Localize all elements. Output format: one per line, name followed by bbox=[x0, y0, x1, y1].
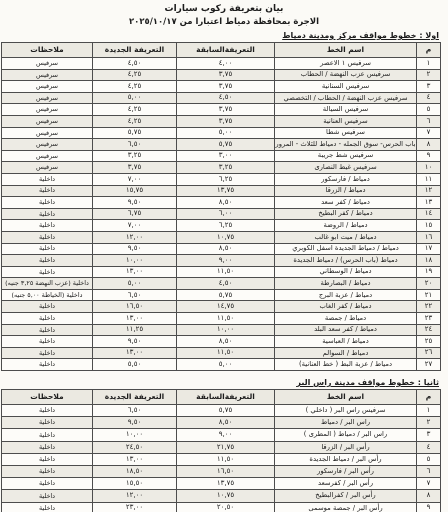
table-cell: ١٥,٥٠ bbox=[93, 478, 177, 490]
table-cell: داخلية bbox=[2, 441, 93, 453]
table-cell: ٥ bbox=[417, 104, 441, 116]
table-cell: ٥,٠٠ bbox=[177, 359, 275, 371]
table-cell: ١١,٢٥ bbox=[93, 324, 177, 336]
table-row: ٢٣دمياط / جمصة١١,٥٠١٣,٠٠داخلية bbox=[2, 313, 441, 325]
table-cell: ١٩ bbox=[417, 266, 441, 278]
table-row: ١٠سرفيس غيط النصارى٣,٢٥٣,٧٥سرفيس bbox=[2, 162, 441, 174]
table-cell: ١٨ bbox=[417, 255, 441, 267]
table-cell: ٥,٠٠ bbox=[93, 278, 177, 290]
table-cell: داخلية bbox=[2, 478, 93, 490]
table-cell: دمياط / الزرقا bbox=[275, 185, 417, 197]
table-cell: ٩ bbox=[417, 502, 441, 512]
table-cell: سرفيس bbox=[2, 150, 93, 162]
table-cell: ٢٠ bbox=[417, 278, 441, 290]
table-row: ٧سرفيس شطا٥,٠٠٥,٧٥سرفيس bbox=[2, 127, 441, 139]
table-cell: رأس البر / فارسكور bbox=[275, 465, 417, 477]
table-cell: ١٣,٠٠ bbox=[93, 453, 177, 465]
table-row: ٧رأس البر / كفرسعد١٣,٧٥١٥,٥٠داخلية bbox=[2, 478, 441, 490]
table-row: ٢٠دمياط / البصارطة٤,٥٠٥,٠٠داخلية (عزب ال… bbox=[2, 278, 441, 290]
table-cell: داخلية bbox=[2, 185, 93, 197]
table-cell: ١٤ bbox=[417, 208, 441, 220]
table-cell: داخلية bbox=[2, 220, 93, 232]
table-cell: داخلية bbox=[2, 336, 93, 348]
table-cell: ٣,٠٠ bbox=[177, 150, 275, 162]
table-cell: سرفيس العنانية bbox=[275, 115, 417, 127]
table-cell: ١ bbox=[417, 58, 441, 70]
table-cell: ٦ bbox=[417, 115, 441, 127]
table-cell: ٢ bbox=[417, 69, 441, 81]
table-cell: سرفيس عزب النهضة / الحطاب bbox=[275, 69, 417, 81]
header-cell: م bbox=[417, 390, 441, 405]
table-cell: ٣,٢٥ bbox=[177, 162, 275, 174]
table-cell: ٥,٧٥ bbox=[177, 289, 275, 301]
table-cell: ١٠,٠٠ bbox=[93, 255, 177, 267]
table-cell: داخلية (الخياطة ٥,٠٠ جنيه) bbox=[2, 289, 93, 301]
table-cell: دمياط / فارسكور bbox=[275, 173, 417, 185]
table-cell: داخلية bbox=[2, 490, 93, 502]
table-row: ٩سرفيس شط جريبة٣,٠٠٣,٢٥سرفيس bbox=[2, 150, 441, 162]
scanned-tariff-document: بيان بتعريفة ركوب سيارات الاجرة بمحافظة … bbox=[0, 0, 448, 512]
table-cell: سرفيس عزب النهضة / الحطاب / التخصصي bbox=[275, 92, 417, 104]
header-cell: اسم الخط bbox=[275, 43, 417, 58]
table-cell: ١٠,٧٥ bbox=[177, 490, 275, 502]
table-cell: ٥,٧٥ bbox=[93, 127, 177, 139]
table-cell: ٨,٥٠ bbox=[177, 243, 275, 255]
table-cell: سرفيس شطا bbox=[275, 127, 417, 139]
header-cell: م bbox=[417, 43, 441, 58]
table-cell: ٤,٢٥ bbox=[93, 115, 177, 127]
table-cell: ٦,٠٠ bbox=[177, 208, 275, 220]
table-cell: سرفيس bbox=[2, 115, 93, 127]
table-cell: ٧ bbox=[417, 478, 441, 490]
document-subtitle: الاجرة بمحافظة دمياط اعتبارا من ٢٠٢٥/١٠/… bbox=[0, 17, 448, 28]
table-cell: ٣,٢٥ bbox=[93, 150, 177, 162]
table-cell: ٢١ bbox=[417, 289, 441, 301]
table-cell: ٣,٧٥ bbox=[177, 81, 275, 93]
table-cell: ٩,٥٠ bbox=[93, 417, 177, 429]
table-cell: ٩,٥٠ bbox=[93, 243, 177, 255]
table-cell: دمياط (باب الحرس) / دمياط الجديدة bbox=[275, 255, 417, 267]
table-cell: سرفيس شط جريبة bbox=[275, 150, 417, 162]
table-row: ٥رأس البر / دمياط الجديدة١١,٥٠١٣,٠٠داخلي… bbox=[2, 453, 441, 465]
section-label-ras-elbar-lines: ثانيا : خطوط مواقف مدينة راس البر bbox=[9, 378, 439, 388]
table-cell: داخلية bbox=[2, 231, 93, 243]
table-cell: ٤,٢٥ bbox=[93, 104, 177, 116]
table-cell: ١٨,٥٠ bbox=[93, 465, 177, 477]
table-cell: ٢ bbox=[417, 417, 441, 429]
table-cell: ٧,٠٠ bbox=[93, 173, 177, 185]
table-cell: ٨,٥٠ bbox=[177, 417, 275, 429]
table-row: ٣راس البر / دمياط ( المطرى )٩,٠٠١٠,٠٠داخ… bbox=[2, 429, 441, 441]
table-cell: دمياط / دمياط الجديدة اسفل الكوبري bbox=[275, 243, 417, 255]
table-cell: ٣,٧٥ bbox=[177, 104, 275, 116]
table-cell: سرفيس ١ الاعصر bbox=[275, 58, 417, 70]
table-row: ٢٧دمياط / عزبة البط ( خط العنانية)٥,٠٠٥,… bbox=[2, 359, 441, 371]
table-cell: ٨,٥٠ bbox=[177, 336, 275, 348]
table-cell: ٤ bbox=[417, 92, 441, 104]
table-cell: ٤,٥٠ bbox=[93, 58, 177, 70]
table-cell: داخلية bbox=[2, 266, 93, 278]
table-cell: ٩,٠٠ bbox=[177, 429, 275, 441]
table-cell: داخلية bbox=[2, 347, 93, 359]
table-header: ماسم الخطالتعريفةالسابقةالتعريفة الجديدة… bbox=[2, 43, 441, 58]
table-row: ٤سرفيس عزب النهضة / الحطاب / التخصصي٤,٥٠… bbox=[2, 92, 441, 104]
table-cell: دمياط / كفر البطيخ bbox=[275, 208, 417, 220]
table-cell: ٦,٢٥ bbox=[177, 220, 275, 232]
table-cell: ١١ bbox=[417, 173, 441, 185]
header-cell: ملاحظات bbox=[2, 43, 93, 58]
table-cell: ٤,٢٥ bbox=[93, 81, 177, 93]
table-cell: ٤ bbox=[417, 441, 441, 453]
table-cell: ٥,٥٠ bbox=[93, 359, 177, 371]
table-row: ١سرفيس ١ الاعصر٤,٠٠٤,٥٠سرفيس bbox=[2, 58, 441, 70]
table-cell: داخلية bbox=[2, 359, 93, 371]
table-cell: داخلية bbox=[2, 453, 93, 465]
table-cell: ٧ bbox=[417, 127, 441, 139]
table-row: ١سرفيس راس البر ( داخلي )٥,٧٥٦,٥٠داخلية bbox=[2, 405, 441, 417]
table-row: ٢٤دمياط / كفر سعد البلد١٠,٠٠١١,٢٥داخلية bbox=[2, 324, 441, 336]
document-title: بيان بتعريفة ركوب سيارات bbox=[0, 0, 448, 15]
table-cell: ٩ bbox=[417, 150, 441, 162]
table-row: ١٧دمياط / دمياط الجديدة اسفل الكوبري٨,٥٠… bbox=[2, 243, 441, 255]
table-row: ٢٦دمياط / السوالم١١,٥٠١٣,٠٠داخلية bbox=[2, 347, 441, 359]
table-cell: سرفيس السنانية bbox=[275, 81, 417, 93]
table-cell: ١٣,٧٥ bbox=[177, 185, 275, 197]
table-cell: رأس البر / دمياط الجديدة bbox=[275, 453, 417, 465]
header-cell: اسم الخط bbox=[275, 390, 417, 405]
table-cell: ٥ bbox=[417, 453, 441, 465]
header-cell: ملاحظات bbox=[2, 390, 93, 405]
table-row: ١١دمياط / فارسكور٦,٢٥٧,٠٠داخلية bbox=[2, 173, 441, 185]
table-cell: ٢٣,٠٠ bbox=[93, 502, 177, 512]
table-row: ٢سرفيس عزب النهضة / الحطاب٣,٧٥٤,٢٥سرفيس bbox=[2, 69, 441, 81]
table-cell: ٦,٧٥ bbox=[93, 208, 177, 220]
table-body: ١سرفيس ١ الاعصر٤,٠٠٤,٥٠سرفيس٢سرفيس عزب ا… bbox=[2, 58, 441, 371]
table-cell: ٤,٥٠ bbox=[177, 92, 275, 104]
table-cell: رأس البر / كفرالبطيخ bbox=[275, 490, 417, 502]
table-cell: دمياط / ميت ابو غالب bbox=[275, 231, 417, 243]
table-row: ٢٢دمياط / كفر الغاب١٤,٧٥١٦,٥٠داخلية bbox=[2, 301, 441, 313]
table-row: ١٤دمياط / كفر البطيخ٦,٠٠٦,٧٥داخلية bbox=[2, 208, 441, 220]
table-cell: داخلية bbox=[2, 465, 93, 477]
section-label-center-city-lines: اولا : خطوط مواقف مركز ومدينة دمياط bbox=[9, 31, 439, 41]
header-cell: التعريفة الجديدة bbox=[93, 390, 177, 405]
table-row: ٨رأس البر / كفرالبطيخ١٠,٧٥١٢,٠٠داخلية bbox=[2, 490, 441, 502]
table-row: ١٣دمياط / كفر سعد٨,٥٠٩,٥٠داخلية bbox=[2, 197, 441, 209]
table-cell: ١٧ bbox=[417, 243, 441, 255]
table-cell: ١٢,٠٠ bbox=[93, 231, 177, 243]
table-cell: ٤,٢٥ bbox=[93, 69, 177, 81]
table-cell: داخلية bbox=[2, 243, 93, 255]
header-row: ماسم الخطالتعريفةالسابقةالتعريفة الجديدة… bbox=[2, 43, 441, 58]
table-body: ١سرفيس راس البر ( داخلي )٥,٧٥٦,٥٠داخلية٢… bbox=[2, 405, 441, 512]
table-cell: ٧,٠٠ bbox=[93, 220, 177, 232]
table-cell: ٦,٢٥ bbox=[177, 173, 275, 185]
table-cell: داخلية bbox=[2, 255, 93, 267]
table-row: ١٦دمياط / ميت ابو غالب١٠,٧٥١٢,٠٠داخلية bbox=[2, 231, 441, 243]
table-cell: ١١,٥٠ bbox=[177, 453, 275, 465]
table-cell: ٨ bbox=[417, 490, 441, 502]
table-cell: سرفيس bbox=[2, 127, 93, 139]
table-row: ١٥دمياط / الروضة٦,٢٥٧,٠٠داخلية bbox=[2, 220, 441, 232]
table-cell: ٦,٥٠ bbox=[93, 289, 177, 301]
table-cell: ١٢,٠٠ bbox=[93, 490, 177, 502]
table-row: ٩رأس البر / جمصة موسمى٢٠,٥٠٢٣,٠٠داخلية bbox=[2, 502, 441, 512]
table-row: ٥سرفيس السيالة٣,٧٥٤,٢٥سرفيس bbox=[2, 104, 441, 116]
table-cell: ١٥ bbox=[417, 220, 441, 232]
table-cell: ١٣,٧٥ bbox=[177, 478, 275, 490]
header-cell: التعريفةالسابقة bbox=[177, 43, 275, 58]
table-row: ٢٥دمياط / العباسية٨,٥٠٩,٥٠داخلية bbox=[2, 336, 441, 348]
table-cell: ٢١,٧٥ bbox=[177, 441, 275, 453]
table-cell: ٢٧ bbox=[417, 359, 441, 371]
table-cell: ١٠,٠٠ bbox=[93, 429, 177, 441]
table-cell: داخلية bbox=[2, 197, 93, 209]
table-cell: ١٤,٧٥ bbox=[177, 301, 275, 313]
table-row: ٢١دمياط / عزبة البرج٥,٧٥٦,٥٠داخلية (الخي… bbox=[2, 289, 441, 301]
table-cell: ٩,٠٠ bbox=[177, 255, 275, 267]
table-cell: داخلية bbox=[2, 208, 93, 220]
table-cell: ٦,٥٠ bbox=[93, 139, 177, 151]
table-cell: سرفيس bbox=[2, 162, 93, 174]
table-cell: دمياط / البصارطة bbox=[275, 278, 417, 290]
header-cell: التعريفةالسابقة bbox=[177, 390, 275, 405]
table-cell: سرفيس bbox=[2, 81, 93, 93]
table-cell: ٩,٥٠ bbox=[93, 336, 177, 348]
table-cell: ٦,٥٠ bbox=[93, 405, 177, 417]
table-cell: ٥,٧٥ bbox=[177, 139, 275, 151]
table-header: ماسم الخطالتعريفةالسابقةالتعريفة الجديدة… bbox=[2, 390, 441, 405]
header-row: ماسم الخطالتعريفةالسابقةالتعريفة الجديدة… bbox=[2, 390, 441, 405]
table-cell: دمياط / كفر سعد bbox=[275, 197, 417, 209]
table-cell: ٢٠,٥٠ bbox=[177, 502, 275, 512]
table-cell: ٢٤,٥٠ bbox=[93, 441, 177, 453]
table-cell: دمياط / عزبة البط ( خط العنانية) bbox=[275, 359, 417, 371]
table-cell: ١٠,٧٥ bbox=[177, 231, 275, 243]
table-row: ٦رأس البر / فارسكور١٦,٥٠١٨,٥٠داخلية bbox=[2, 465, 441, 477]
table-cell: ١١,٥٠ bbox=[177, 313, 275, 325]
table-cell: سرفيس غيط النصارى bbox=[275, 162, 417, 174]
table-cell: داخلية bbox=[2, 313, 93, 325]
table-cell: ١٦,٥٠ bbox=[93, 301, 177, 313]
table-cell: ٢٤ bbox=[417, 324, 441, 336]
table-cell: ٢٣ bbox=[417, 313, 441, 325]
table-row: ٣سرفيس السنانية٣,٧٥٤,٢٥سرفيس bbox=[2, 81, 441, 93]
table-cell: ٥,٠٠ bbox=[93, 92, 177, 104]
table-cell: ٢٢ bbox=[417, 301, 441, 313]
table-row: ١٨دمياط (باب الحرس) / دمياط الجديدة٩,٠٠١… bbox=[2, 255, 441, 267]
table-cell: رأس البر / الزرقا bbox=[275, 441, 417, 453]
table-cell: دمياط / العباسية bbox=[275, 336, 417, 348]
header-cell: التعريفة الجديدة bbox=[93, 43, 177, 58]
table-cell: ١١,٥٠ bbox=[177, 347, 275, 359]
table-row: ١٢دمياط / الزرقا١٣,٧٥١٥,٧٥داخلية bbox=[2, 185, 441, 197]
table-cell: ١٠ bbox=[417, 162, 441, 174]
table-cell: ١٦,٥٠ bbox=[177, 465, 275, 477]
table-cell: ٦ bbox=[417, 465, 441, 477]
table-cell: ٢٥ bbox=[417, 336, 441, 348]
table-cell: ٥,٧٥ bbox=[177, 405, 275, 417]
table-cell: سرفيس راس البر ( داخلي ) bbox=[275, 405, 417, 417]
table-cell: ١٦ bbox=[417, 231, 441, 243]
table-cell: ٥,٠٠ bbox=[177, 127, 275, 139]
table-cell: راس البر / دمياط ( المطرى ) bbox=[275, 429, 417, 441]
table-cell: داخلية bbox=[2, 324, 93, 336]
tariff-table-ras-elbar: ماسم الخطالتعريفةالسابقةالتعريفة الجديدة… bbox=[1, 389, 441, 512]
table-cell: ١٣,٠٠ bbox=[93, 313, 177, 325]
table-cell: ١٣,٠٠ bbox=[93, 347, 177, 359]
table-cell: دمياط / جمصة bbox=[275, 313, 417, 325]
table-cell: ١٣,٠٠ bbox=[93, 266, 177, 278]
table-cell: باب الحرس- سوق الجمله - دمياط للثلاث - ا… bbox=[275, 139, 417, 151]
table-cell: سرفيس bbox=[2, 69, 93, 81]
table-cell: ٨ bbox=[417, 139, 441, 151]
table-row: ٦سرفيس العنانية٣,٧٥٤,٢٥سرفيس bbox=[2, 115, 441, 127]
table-cell: سرفيس bbox=[2, 58, 93, 70]
table-cell: دمياط / الوسطاني bbox=[275, 266, 417, 278]
table-cell: ٢٦ bbox=[417, 347, 441, 359]
table-cell: داخلية bbox=[2, 502, 93, 512]
table-cell: ٣,٧٥ bbox=[177, 115, 275, 127]
table-cell: رأس البر / جمصة موسمى bbox=[275, 502, 417, 512]
table-cell: دمياط / عزبة البرج bbox=[275, 289, 417, 301]
table-row: ١٩دمياط / الوسطاني١١,٥٠١٣,٠٠داخلية bbox=[2, 266, 441, 278]
table-cell: ٣ bbox=[417, 429, 441, 441]
table-cell: ٣,٧٥ bbox=[93, 162, 177, 174]
table-cell: داخلية bbox=[2, 301, 93, 313]
table-cell: سرفيس السيالة bbox=[275, 104, 417, 116]
table-cell: داخلية bbox=[2, 405, 93, 417]
table-cell: ١٠,٠٠ bbox=[177, 324, 275, 336]
table-cell: ٨,٥٠ bbox=[177, 197, 275, 209]
table-cell: داخلية bbox=[2, 173, 93, 185]
table-cell: ١٥,٧٥ bbox=[93, 185, 177, 197]
table-cell: دمياط / كفر الغاب bbox=[275, 301, 417, 313]
table-row: ٢راس البر / دمياط٨,٥٠٩,٥٠داخلية bbox=[2, 417, 441, 429]
table-cell: ٣,٧٥ bbox=[177, 69, 275, 81]
table-cell: دمياط / الروضة bbox=[275, 220, 417, 232]
table-cell: ١ bbox=[417, 405, 441, 417]
table-cell: دمياط / السوالم bbox=[275, 347, 417, 359]
table-cell: سرفيس bbox=[2, 92, 93, 104]
table-cell: رأس البر / كفرسعد bbox=[275, 478, 417, 490]
table-cell: ٤,٠٠ bbox=[177, 58, 275, 70]
table-cell: راس البر / دمياط bbox=[275, 417, 417, 429]
table-cell: ١٣ bbox=[417, 197, 441, 209]
table-cell: داخلية bbox=[2, 417, 93, 429]
table-cell: ٩,٥٠ bbox=[93, 197, 177, 209]
table-row: ٤رأس البر / الزرقا٢١,٧٥٢٤,٥٠داخلية bbox=[2, 441, 441, 453]
table-cell: سرفيس bbox=[2, 104, 93, 116]
table-cell: داخلية bbox=[2, 429, 93, 441]
table-cell: ١٢ bbox=[417, 185, 441, 197]
table-cell: ٤,٥٠ bbox=[177, 278, 275, 290]
table-cell: داخلية (عزب النهضة ٣,٢٥ جنيه) bbox=[2, 278, 93, 290]
table-cell: دمياط / كفر سعد البلد bbox=[275, 324, 417, 336]
table-cell: ١١,٥٠ bbox=[177, 266, 275, 278]
table-cell: ٣ bbox=[417, 81, 441, 93]
tariff-table-center-city: ماسم الخطالتعريفةالسابقةالتعريفة الجديدة… bbox=[1, 42, 441, 371]
table-cell: سرفيس bbox=[2, 139, 93, 151]
table-row: ٨باب الحرس- سوق الجمله - دمياط للثلاث - … bbox=[2, 139, 441, 151]
